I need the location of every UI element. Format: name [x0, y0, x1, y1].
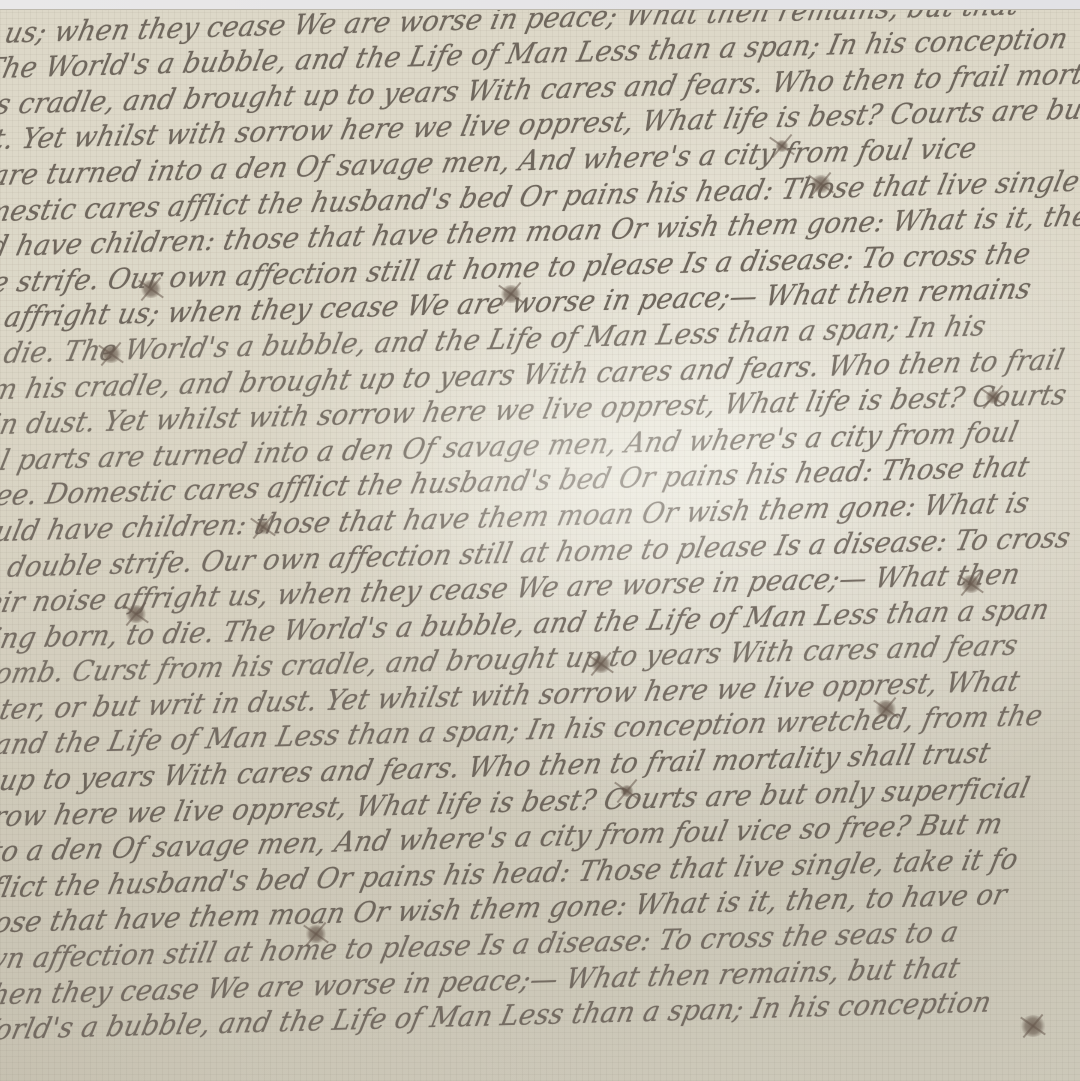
- ink-splatter-icon: [255, 520, 271, 534]
- ink-splatter-icon: [1020, 1015, 1046, 1037]
- ink-splatter-icon: [305, 925, 327, 943]
- ink-splatter-icon: [500, 285, 522, 303]
- ink-splatter-icon: [590, 655, 612, 673]
- script-text-block: e Our own affection still at home to ple…: [0, 0, 1080, 1049]
- ink-splatter-icon: [985, 390, 1001, 404]
- ink-splatter-icon: [775, 140, 789, 152]
- ink-splatter-icon: [140, 280, 162, 298]
- scrapbook-paper-photo: e Our own affection still at home to ple…: [0, 0, 1080, 1081]
- ink-splatter-icon: [960, 575, 982, 593]
- ink-splatter-icon: [875, 700, 897, 718]
- ink-splatter-icon: [125, 605, 147, 623]
- ink-splatter-icon: [810, 175, 832, 193]
- ink-splatter-icon: [100, 345, 122, 363]
- ink-splatter-icon: [620, 785, 634, 797]
- background-surface-strip: [0, 0, 1080, 10]
